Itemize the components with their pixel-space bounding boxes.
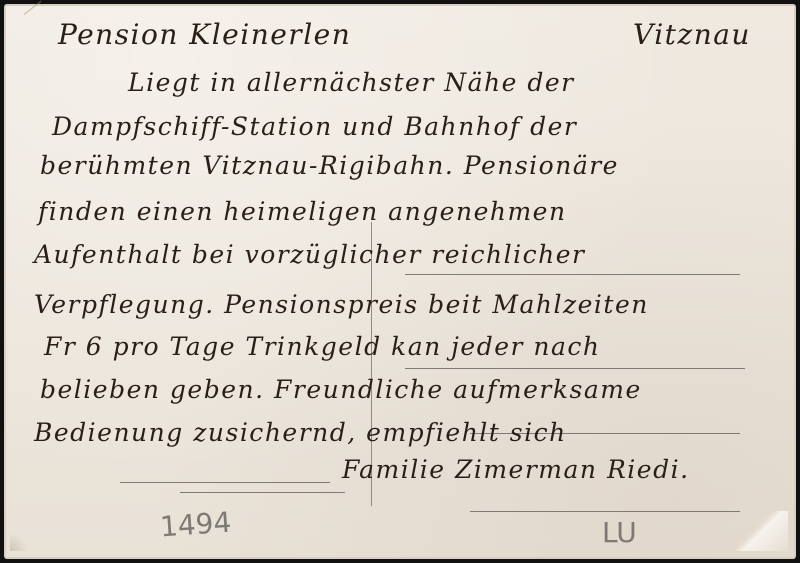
corner-wear-bottom-left (10, 535, 30, 551)
message-line-6: Verpflegung. Pensionspreis beit Mahlzeit… (34, 290, 649, 319)
place-name: Vitznau (633, 18, 751, 51)
message-line-1: Liegt in allernächster Nähe der (128, 68, 575, 97)
address-line-4 (470, 511, 740, 512)
message-line-7: Fr 6 pro Tage Trinkgeld kan jeder nach (44, 332, 601, 361)
message-line-3: berühmten Vitznau-Rigibahn. Pensionäre (40, 151, 619, 180)
address-line-2 (405, 368, 745, 369)
message-line-9: Bedienung zusichernd, empfiehlt sich (34, 418, 567, 447)
deckled-edge-left (0, 0, 6, 563)
message-line-4: finden einen heimeligen angenehmen (38, 197, 567, 226)
left-rule-2 (180, 492, 345, 493)
message-line-2: Dampfschiff-Station und Bahnhof der (52, 112, 577, 141)
address-line-1 (405, 274, 740, 275)
deckled-edge-top (0, 0, 800, 6)
corner-wear-bottom-right (728, 511, 788, 551)
message-line-8: belieben geben. Freundliche aufmerksame (40, 375, 642, 404)
deckled-edge-bottom (0, 557, 800, 563)
signature: Familie Zimerman Riedi. (342, 455, 690, 484)
heading-pension-name: Pension Kleinerlen (58, 18, 351, 51)
message-line-5: Aufenthalt bei vorzüglicher reichlicher (34, 240, 585, 269)
pencil-note-canton: LU (602, 516, 637, 549)
deckled-edge-right (794, 0, 800, 563)
left-rule-1 (120, 482, 330, 483)
pencil-note-number: 1494 (159, 506, 232, 544)
